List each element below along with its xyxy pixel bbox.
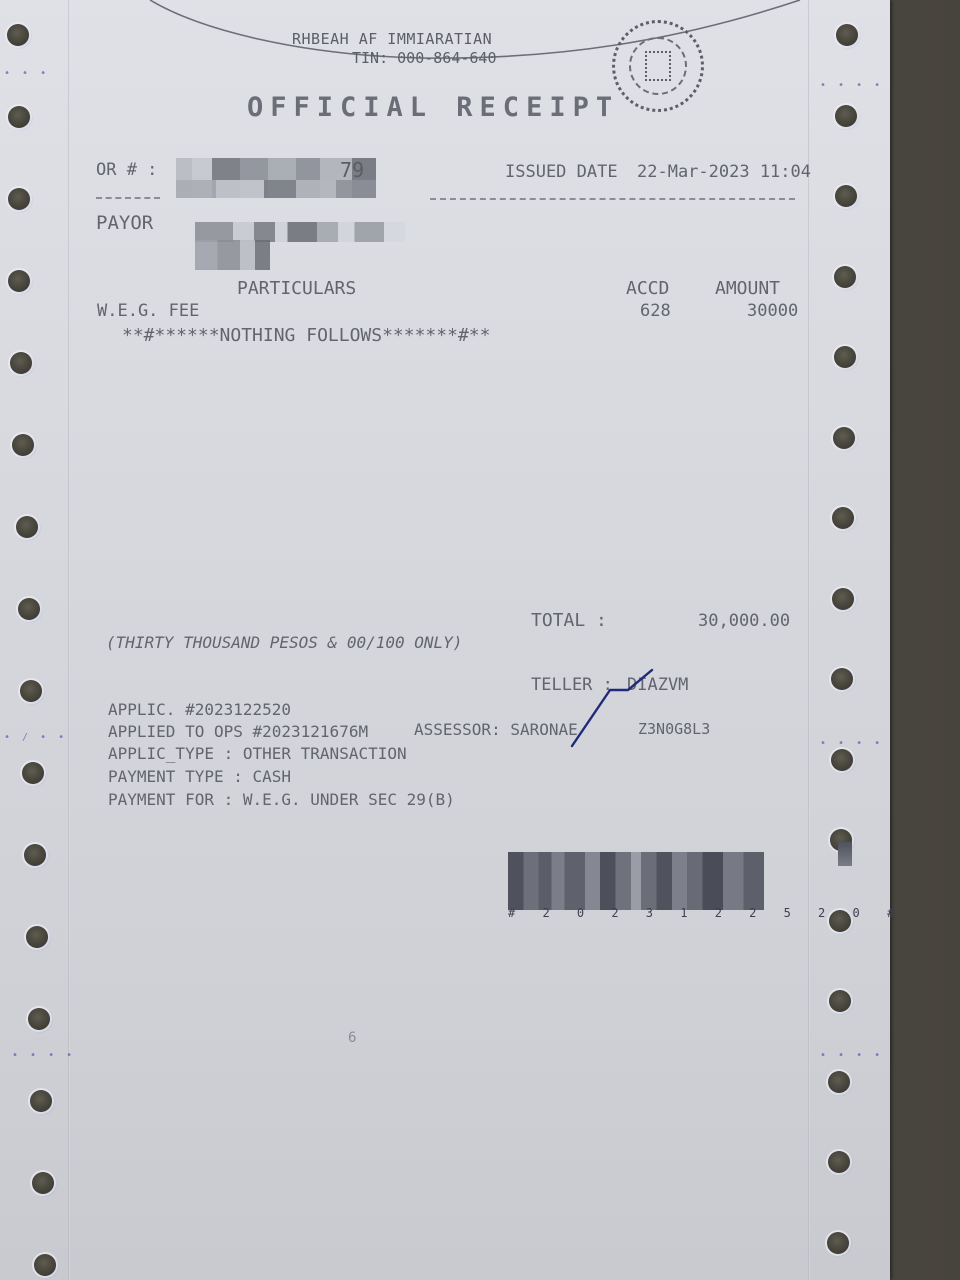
feed-hole bbox=[827, 1232, 849, 1254]
redacted-mark bbox=[838, 842, 852, 866]
feed-hole bbox=[32, 1172, 54, 1194]
feed-hole bbox=[34, 1254, 56, 1276]
edge-mark-right: • • • • bbox=[820, 1050, 883, 1061]
feed-hole bbox=[24, 844, 46, 866]
feed-hole bbox=[829, 990, 851, 1012]
barcode-digits: # 2 0 2 3 1 2 2 5 2 0 # bbox=[508, 906, 904, 920]
receipt-paper: • • • • / • • • • • • • • • • • • • • • … bbox=[0, 0, 890, 1280]
feed-hole bbox=[828, 1071, 850, 1093]
feed-hole bbox=[30, 1090, 52, 1112]
feed-hole bbox=[26, 926, 48, 948]
edge-mark-left: • • • • bbox=[12, 1050, 75, 1061]
feed-hole bbox=[828, 1151, 850, 1173]
redacted-barcode bbox=[508, 852, 764, 910]
stray-pen-mark: 6 bbox=[348, 1030, 356, 1046]
feed-hole bbox=[28, 1008, 50, 1030]
teller-signature bbox=[0, 0, 890, 800]
